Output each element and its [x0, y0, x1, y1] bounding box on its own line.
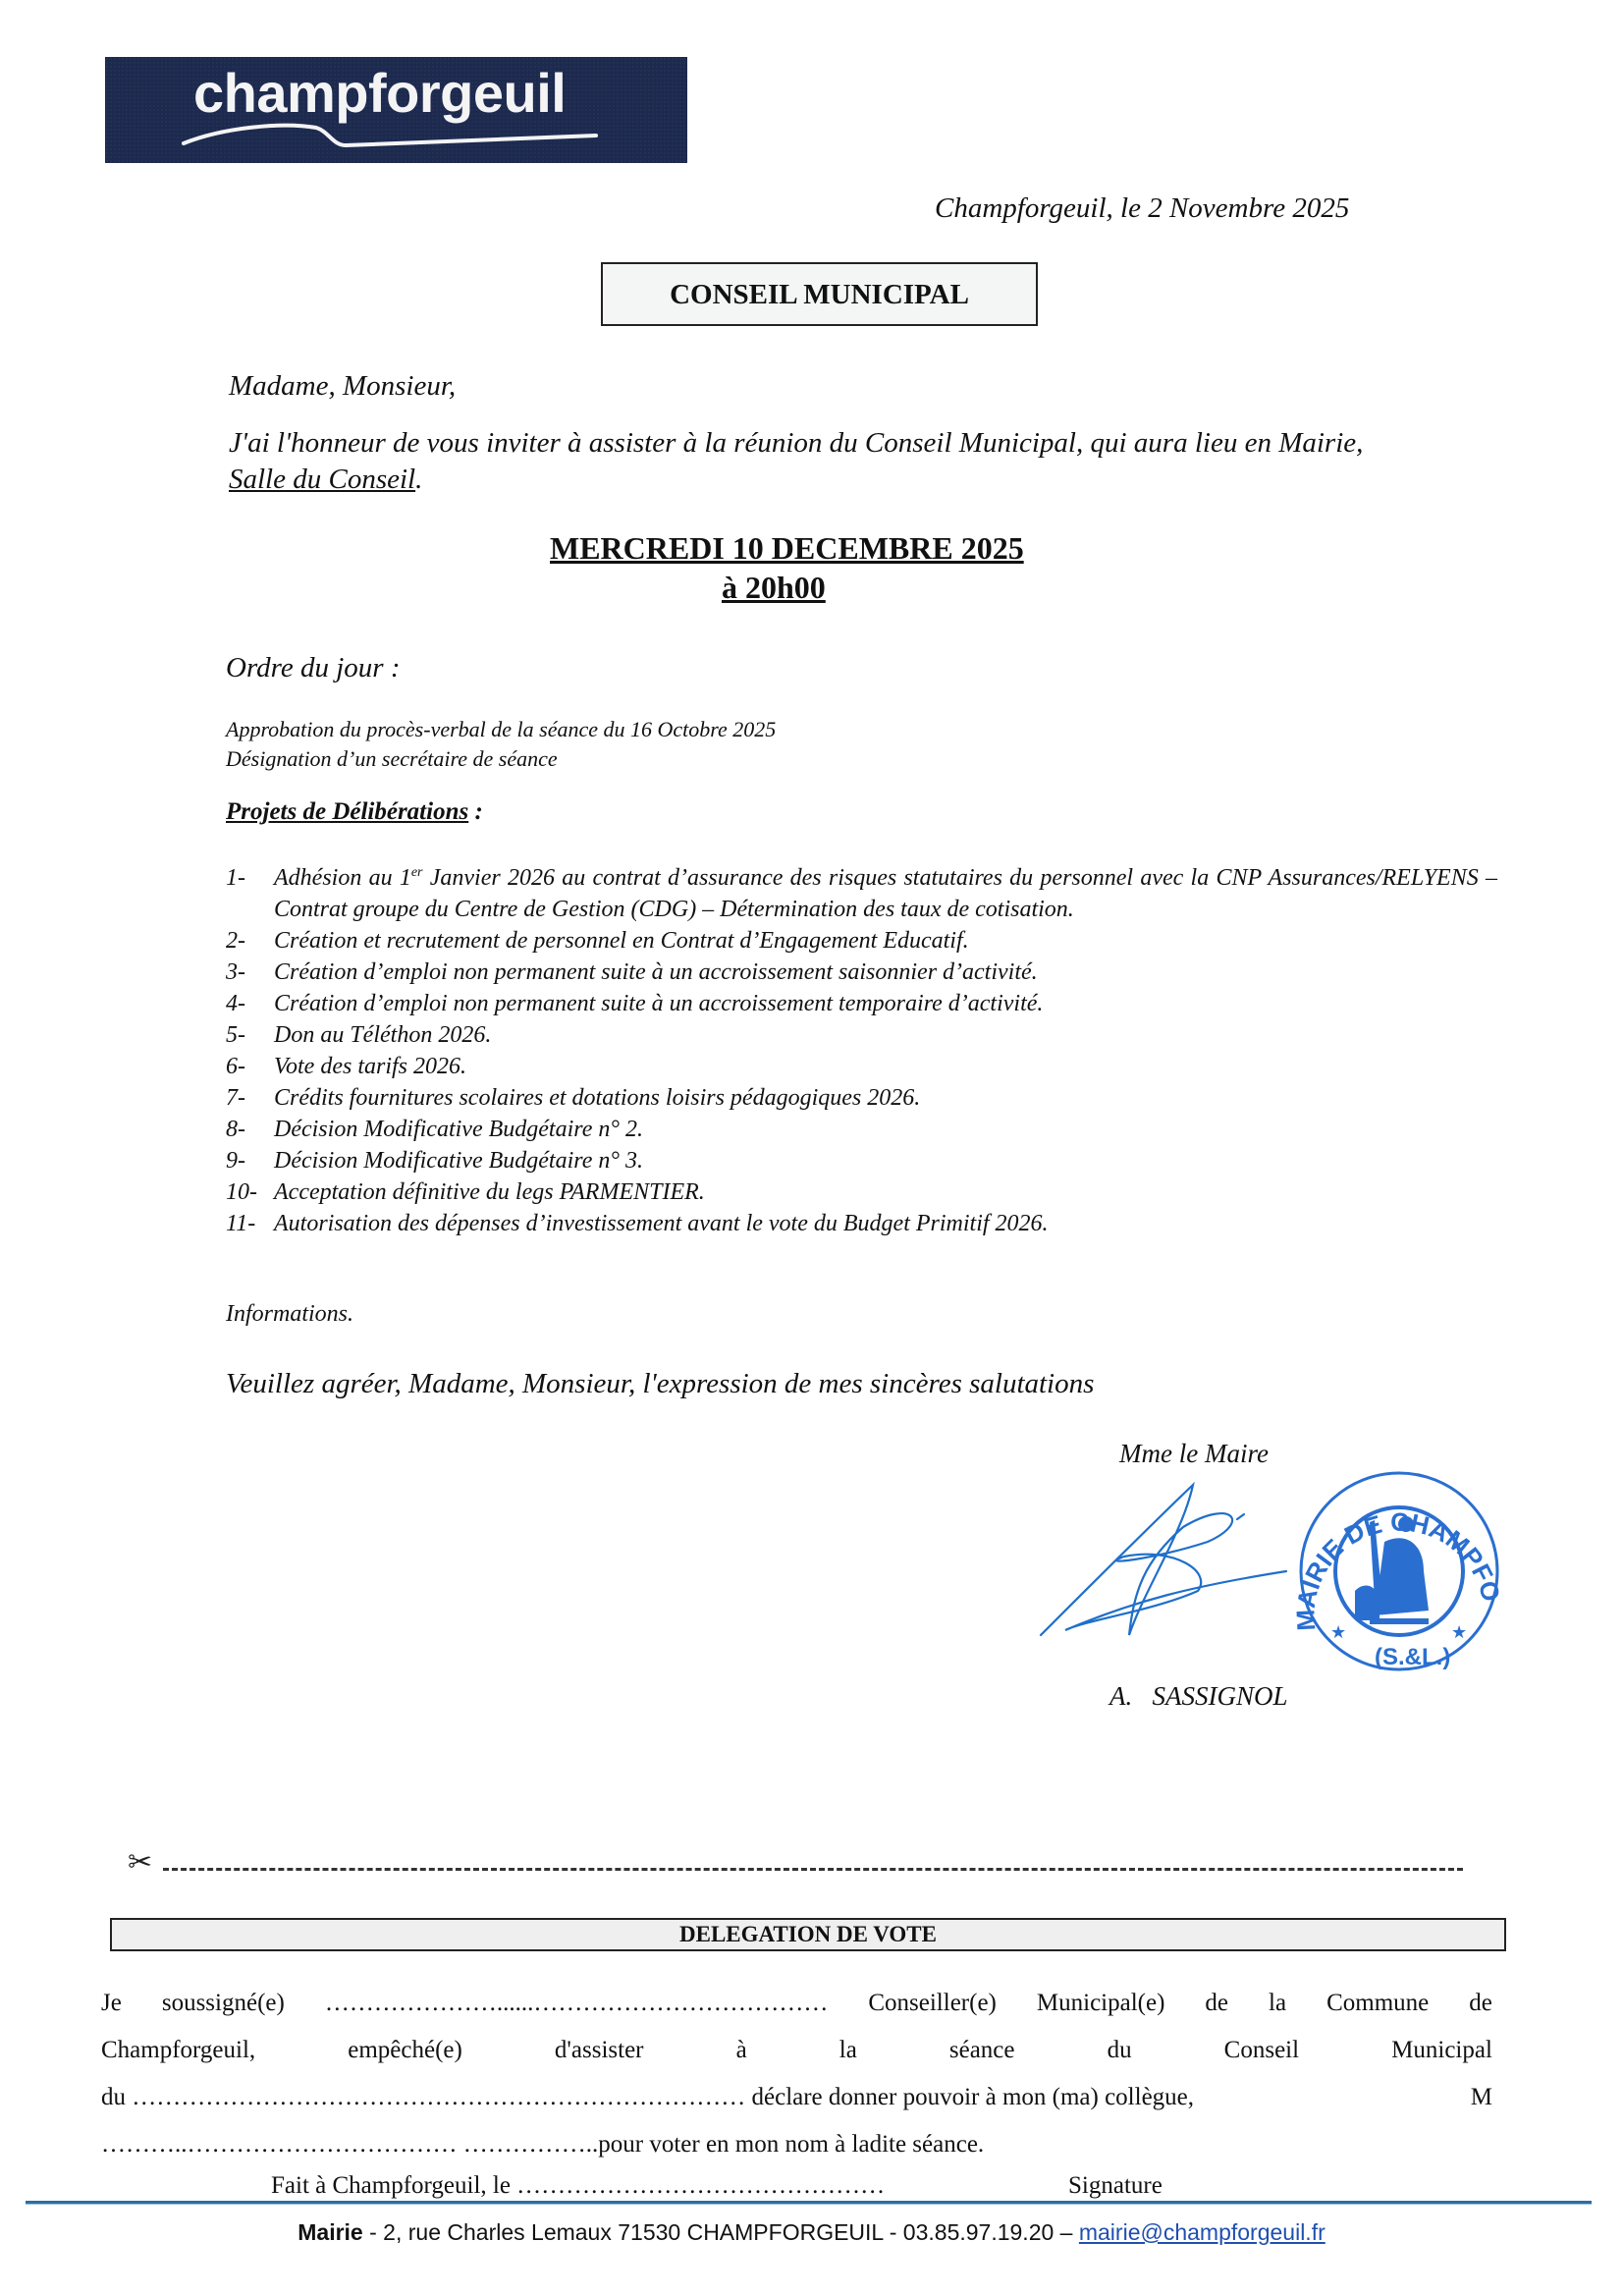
signatory-title: Mme le Maire	[1119, 1439, 1269, 1469]
deliberation-item: 6-Vote des tarifs 2026.	[226, 1051, 1497, 1082]
delegation-word[interactable]: du ………………………………………………………………… déclare don…	[101, 2084, 1194, 2111]
footer-address: Mairie - 2, rue Charles Lemaux 71530 CHA…	[0, 2219, 1623, 2246]
delegation-word: de	[1469, 1990, 1492, 2017]
delegation-line-4: ………..…………………………… ……………..pour voter en mo…	[101, 2121, 1492, 2168]
handwritten-signature-icon	[1036, 1473, 1291, 1650]
delegation-line-1: Jesoussigné(e)…………………......………………………………C…	[101, 1980, 1492, 2027]
deliberation-text: Création et recrutement de personnel en …	[274, 925, 1497, 957]
deliberation-text: Décision Modificative Budgétaire n° 3.	[274, 1145, 1497, 1176]
deliberation-number: 7-	[226, 1082, 274, 1114]
deliberation-number: 4-	[226, 988, 274, 1019]
stamp-star-icon: ★	[1451, 1622, 1467, 1642]
footer-address-text: - 2, rue Charles Lemaux 71530 CHAMPFORGE…	[363, 2219, 1079, 2245]
delegation-word: Champforgeuil,	[101, 2037, 255, 2064]
deliberation-item: 3-Création d’emploi non permanent suite …	[226, 957, 1497, 988]
deliberation-text: Don au Téléthon 2026.	[274, 1019, 1497, 1051]
dashed-line	[163, 1868, 1463, 1871]
deliberations-list: 1-Adhésion au 1er Janvier 2026 au contra…	[226, 862, 1497, 1239]
deliberation-text: Acceptation définitive du legs PARMENTIE…	[274, 1176, 1497, 1208]
deliberation-item: 11-Autorisation des dépenses d’investiss…	[226, 1208, 1497, 1239]
delegation-word: Je	[101, 1990, 122, 2017]
delegation-word: de	[1205, 1990, 1228, 2017]
scissors-icon: ✂	[128, 1845, 152, 1880]
delegation-word: Municipal	[1391, 2037, 1492, 2064]
signature-label: Signature	[1068, 2172, 1163, 2200]
delegation-word: Municipal(e)	[1037, 1990, 1165, 2017]
deliberation-item: 2-Création et recrutement de personnel e…	[226, 925, 1497, 957]
deliberation-text: Création d’emploi non permanent suite à …	[274, 957, 1497, 988]
projects-title-text: Projets de Délibérations	[226, 798, 468, 825]
cut-line: ✂	[128, 1851, 1463, 1881]
deliberation-text: Vote des tarifs 2026.	[274, 1051, 1497, 1082]
delegation-word: à	[736, 2037, 747, 2064]
deliberation-number: 3-	[226, 957, 274, 988]
fait-a-field[interactable]: Fait à Champforgeuil, le ………………………………………	[271, 2172, 885, 2200]
deliberation-item: 4-Création d’emploi non permanent suite …	[226, 988, 1497, 1019]
mairie-stamp-icon: MAIRIE DE CHAMPFORGEUIL (S.&L.) ★ ★	[1276, 1463, 1512, 1699]
footer-rule-highlight	[26, 2204, 1592, 2205]
intro-text: J'ai l'honneur de vous inviter à assiste…	[229, 427, 1363, 459]
deliberation-item: 10-Acceptation définitive du legs PARMEN…	[226, 1176, 1497, 1208]
deliberation-item: 7-Crédits fournitures scolaires et dotat…	[226, 1082, 1497, 1114]
salutation: Madame, Monsieur,	[229, 370, 456, 403]
closing-formula: Veuillez agréer, Madame, Monsieur, l'exp…	[226, 1368, 1094, 1400]
deliberation-number: 2-	[226, 925, 274, 957]
stamp-bottom-text: (S.&L.)	[1375, 1644, 1450, 1670]
delegation-word[interactable]: …………………......………………………………	[325, 1990, 829, 2017]
agenda-preliminary: Approbation du procès-verbal de la séanc…	[226, 715, 776, 774]
deliberation-number: 11-	[226, 1208, 274, 1239]
deliberation-item: 5-Don au Téléthon 2026.	[226, 1019, 1497, 1051]
agenda-pre-item: Désignation d’un secrétaire de séance	[226, 744, 776, 774]
delegation-word: Conseil	[1224, 2037, 1299, 2064]
delegation-word: d'assister	[555, 2037, 644, 2064]
deliberation-text: Autorisation des dépenses d’investisseme…	[274, 1208, 1497, 1239]
deliberation-text: Adhésion au 1er Janvier 2026 au contrat …	[274, 862, 1497, 925]
intro-paragraph: J'ai l'honneur de vous inviter à assiste…	[229, 425, 1495, 498]
delegation-word: la	[1269, 1990, 1286, 2017]
projects-title: Projets de Délibérations :	[226, 798, 483, 826]
footer-email-link[interactable]: mairie@champforgeuil.fr	[1079, 2219, 1325, 2245]
deliberation-item: 9-Décision Modificative Budgétaire n° 3.	[226, 1145, 1497, 1176]
delegation-word: soussigné(e)	[162, 1990, 285, 2017]
projects-title-suffix: :	[468, 798, 483, 825]
deliberation-item: 1-Adhésion au 1er Janvier 2026 au contra…	[226, 862, 1497, 925]
delegation-word: séance	[949, 2037, 1015, 2064]
delegation-word: la	[839, 2037, 857, 2064]
deliberation-number: 6-	[226, 1051, 274, 1082]
deliberation-text: Création d’emploi non permanent suite à …	[274, 988, 1497, 1019]
deliberation-number: 5-	[226, 1019, 274, 1051]
delegation-line-2: Champforgeuil,empêché(e)d'assisteràlaséa…	[101, 2027, 1492, 2074]
deliberation-number: 9-	[226, 1145, 274, 1176]
deliberation-number: 10-	[226, 1176, 274, 1208]
meeting-date: MERCREDI 10 DECEMBRE 2025	[550, 530, 1024, 567]
meeting-location: Salle du Conseil	[229, 464, 415, 495]
delegation-word: du	[1108, 2037, 1132, 2064]
superscript: er	[411, 865, 423, 880]
logo-swoosh-icon	[105, 57, 687, 163]
location-suffix: .	[415, 464, 422, 495]
deliberation-number: 1-	[226, 862, 274, 925]
delegation-word: empêché(e)	[348, 2037, 462, 2064]
deliberation-number: 8-	[226, 1114, 274, 1145]
signatory-name: A. SASSIGNOL	[1109, 1681, 1288, 1712]
deliberation-text: Crédits fournitures scolaires et dotatio…	[274, 1082, 1497, 1114]
document-title: CONSEIL MUNICIPAL	[601, 262, 1038, 326]
informations: Informations.	[226, 1301, 353, 1328]
footer-label: Mairie	[298, 2219, 362, 2245]
agenda-pre-item: Approbation du procès-verbal de la séanc…	[226, 715, 776, 744]
delegation-word: M	[1471, 2084, 1492, 2111]
delegation-word: Commune	[1326, 1990, 1429, 2017]
deliberation-text-pre: Adhésion au 1	[274, 865, 411, 891]
agenda-title: Ordre du jour :	[226, 652, 400, 684]
meeting-time: à 20h00	[722, 570, 826, 606]
deliberation-text: Décision Modificative Budgétaire n° 2.	[274, 1114, 1497, 1145]
deliberation-text-rest: Janvier 2026 au contrat d’assurance des …	[274, 865, 1497, 922]
champforgeuil-logo: champforgeuil	[105, 57, 687, 163]
delegation-title: DELEGATION DE VOTE	[110, 1918, 1506, 1951]
delegation-word: Conseiller(e)	[868, 1990, 997, 2017]
delegation-form: Jesoussigné(e)…………………......………………………………C…	[101, 1980, 1492, 2168]
deliberation-item: 8-Décision Modificative Budgétaire n° 2.	[226, 1114, 1497, 1145]
delegation-line-3: du ………………………………………………………………… déclare don…	[101, 2074, 1492, 2121]
delegation-line-4-text: ………..…………………………… ……………..pour voter en mo…	[101, 2131, 984, 2159]
date-line: Champforgeuil, le 2 Novembre 2025	[935, 192, 1349, 225]
stamp-star-icon: ★	[1330, 1622, 1346, 1642]
